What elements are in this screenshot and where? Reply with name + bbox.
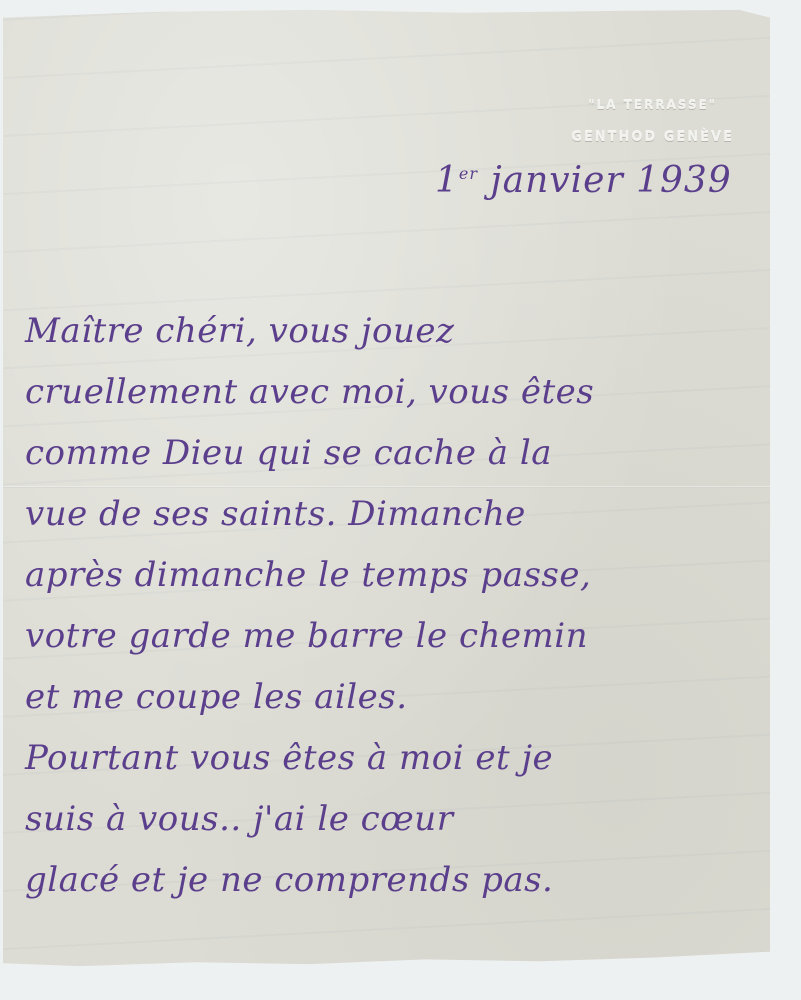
body-line: glacé et je ne comprends pas.	[25, 855, 765, 916]
embossed-letterhead: "LA TERRASSE" GENTHOD GENÈVE	[571, 98, 734, 145]
body-line: suis à vous.. j'ai le cœur	[25, 794, 765, 855]
date-month-year: janvier 1939	[490, 160, 731, 201]
letter-body: Maître chéri, vous jouez cruellement ave…	[25, 306, 765, 916]
letter-paper: "LA TERRASSE" GENTHOD GENÈVE 1er janvier…	[3, 8, 770, 968]
letterhead-name: "LA TERRASSE"	[571, 98, 734, 112]
date-day-suffix: er	[459, 164, 478, 183]
body-line: Maître chéri, vous jouez	[25, 306, 765, 367]
body-line: Pourtant vous êtes à moi et je	[25, 733, 765, 794]
body-line: après dimanche le temps passe,	[25, 550, 765, 611]
body-line: comme Dieu qui se cache à la	[25, 428, 765, 489]
body-line: cruellement avec moi, vous êtes	[25, 367, 765, 428]
body-line: vue de ses saints. Dimanche	[25, 489, 765, 550]
body-line: et me coupe les ailes.	[25, 672, 765, 733]
letter-date: 1er janvier 1939	[435, 160, 732, 201]
date-day: 1	[435, 160, 459, 201]
body-line: votre garde me barre le chemin	[25, 611, 765, 672]
letterhead-address: GENTHOD GENÈVE	[571, 130, 734, 145]
